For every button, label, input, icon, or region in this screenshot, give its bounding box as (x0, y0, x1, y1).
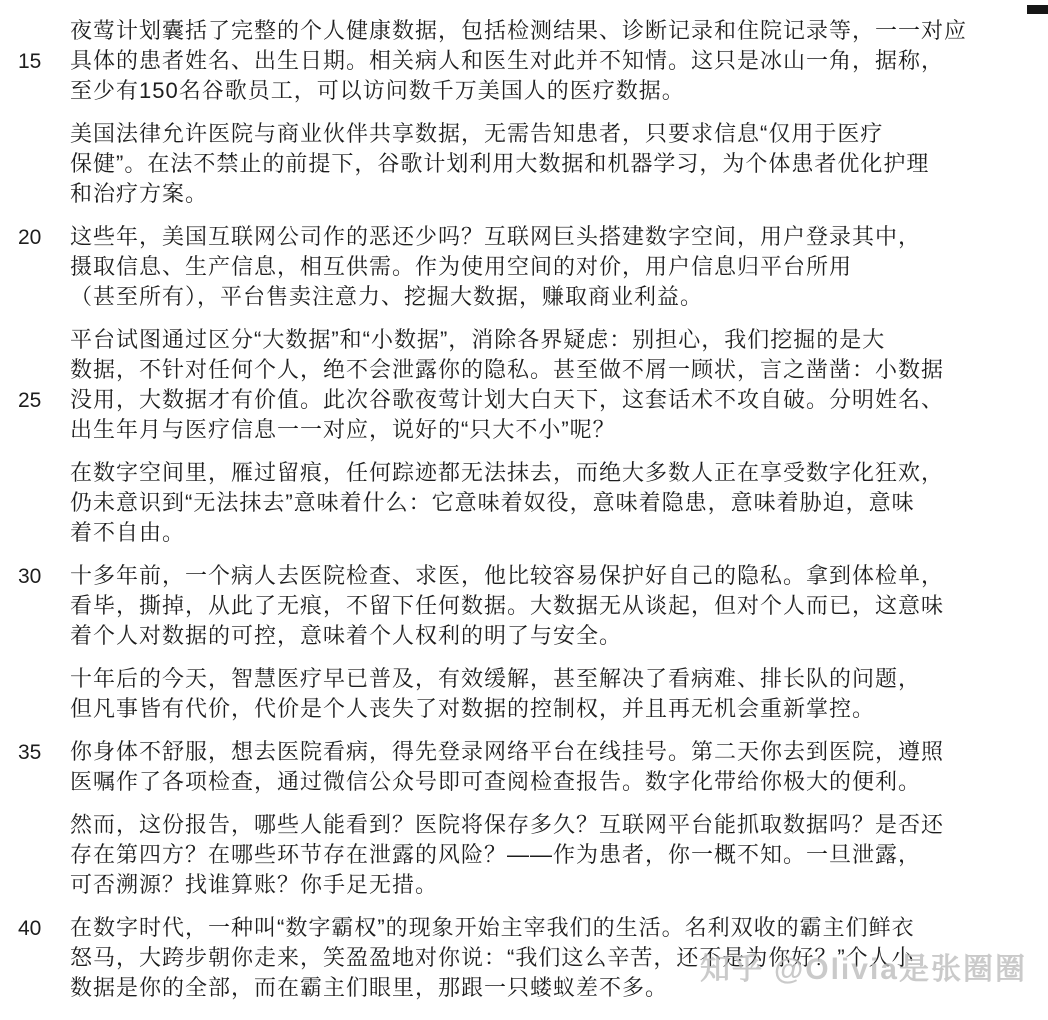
line-text: 没用，大数据才有价值。此次谷歌夜莺计划大白天下，这套话术不攻自破。分明姓名、 (70, 385, 944, 415)
text-line: 出生年月与医疗信息一一对应，说好的“只大不小”呢？ (0, 415, 1048, 445)
line-number: 30 (0, 562, 70, 592)
line-text: 存在第四方？在哪些环节存在泄露的风险？——作为患者，你一概不知。一旦泄露， (70, 840, 921, 870)
line-number: 40 (0, 914, 70, 944)
line-text: 可否溯源？找谁算账？你手足无措。 (70, 870, 438, 900)
line-number: 20 (0, 223, 70, 253)
line-text: 在数字空间里，雁过留痕，任何踪迹都无法抹去，而绝大多数人正在享受数字化狂欢， (70, 458, 944, 488)
line-number: 35 (0, 738, 70, 768)
page-corner-artifact (1027, 5, 1048, 14)
paragraph: 20这些年，美国互联网公司作的恶还少吗？互联网巨头搭建数字空间，用户登录其中，摄… (0, 222, 1048, 312)
line-text: 数据是你的全部，而在霸主们眼里，那跟一只蝼蚁差不多。 (70, 973, 668, 1003)
paragraph: 35你身体不舒服，想去医院看病，得先登录网络平台在线挂号。第二天你去到医院，遵照… (0, 737, 1048, 797)
text-line: 至少有150名谷歌员工，可以访问数千万美国人的医疗数据。 (0, 76, 1048, 106)
line-text: 怒马，大跨步朝你走来，笑盈盈地对你说：“我们这么辛苦，还不是为你好？”个人小 (70, 943, 915, 973)
line-text: 十多年前，一个病人去医院检查、求医，他比较容易保护好自己的隐私。拿到体检单， (70, 561, 944, 591)
text-line: 可否溯源？找谁算账？你手足无措。 (0, 870, 1048, 900)
text-line: 25没用，大数据才有价值。此次谷歌夜莺计划大白天下，这套话术不攻自破。分明姓名、 (0, 385, 1048, 415)
line-text: 摄取信息、生产信息，相互供需。作为使用空间的对价，用户信息归平台所用 (70, 252, 852, 282)
text-line: 仍未意识到“无法抹去”意味着什么：它意味着奴役，意味着隐患，意味着胁迫，意味 (0, 488, 1048, 518)
line-text: 至少有150名谷歌员工，可以访问数千万美国人的医疗数据。 (70, 76, 685, 106)
document-body: 夜莺计划囊括了完整的个人健康数据，包括检测结果、诊断记录和住院记录等，一一对应1… (0, 16, 1048, 1016)
text-line: 十年后的今天，智慧医疗早已普及，有效缓解，甚至解决了看病难、排长队的问题， (0, 664, 1048, 694)
paragraph: 夜莺计划囊括了完整的个人健康数据，包括检测结果、诊断记录和住院记录等，一一对应1… (0, 16, 1048, 106)
text-line: 看毕，撕掉，从此了无痕，不留下任何数据。大数据无从谈起，但对个人而已，这意味 (0, 591, 1048, 621)
line-text: 出生年月与医疗信息一一对应，说好的“只大不小”呢？ (70, 415, 616, 445)
text-line: 着不自由。 (0, 518, 1048, 548)
line-text: （甚至所有），平台售卖注意力、挖掘大数据，赚取商业利益。 (70, 282, 703, 312)
paragraph: 在数字空间里，雁过留痕，任何踪迹都无法抹去，而绝大多数人正在享受数字化狂欢，仍未… (0, 458, 1048, 548)
text-line: 美国法律允许医院与商业伙伴共享数据，无需告知患者，只要求信息“仅用于医疗 (0, 119, 1048, 149)
line-text: 着不自由。 (70, 518, 185, 548)
paragraph: 40在数字时代，一种叫“数字霸权”的现象开始主宰我们的生活。名利双收的霸主们鲜衣… (0, 913, 1048, 1003)
text-line: 但凡事皆有代价，代价是个人丧失了对数据的控制权，并且再无机会重新掌控。 (0, 694, 1048, 724)
text-line: 着个人对数据的可控，意味着个人权利的明了与安全。 (0, 621, 1048, 651)
document-page: 夜莺计划囊括了完整的个人健康数据，包括检测结果、诊断记录和住院记录等，一一对应1… (0, 0, 1048, 1020)
line-text: 这些年，美国互联网公司作的恶还少吗？互联网巨头搭建数字空间，用户登录其中， (70, 222, 921, 252)
text-line: 在数字空间里，雁过留痕，任何踪迹都无法抹去，而绝大多数人正在享受数字化狂欢， (0, 458, 1048, 488)
line-text: 着个人对数据的可控，意味着个人权利的明了与安全。 (70, 621, 622, 651)
line-text: 然而，这份报告，哪些人能看到？医院将保存多久？互联网平台能抓取数据吗？是否还 (70, 810, 944, 840)
text-line: （甚至所有），平台售卖注意力、挖掘大数据，赚取商业利益。 (0, 282, 1048, 312)
text-line: 数据是你的全部，而在霸主们眼里，那跟一只蝼蚁差不多。 (0, 973, 1048, 1003)
paragraph: 十年后的今天，智慧医疗早已普及，有效缓解，甚至解决了看病难、排长队的问题，但凡事… (0, 664, 1048, 724)
line-text: 数据，不针对任何个人，绝不会泄露你的隐私。甚至做不屑一顾状，言之凿凿：小数据 (70, 355, 944, 385)
text-line: 然而，这份报告，哪些人能看到？医院将保存多久？互联网平台能抓取数据吗？是否还 (0, 810, 1048, 840)
text-line: 怒马，大跨步朝你走来，笑盈盈地对你说：“我们这么辛苦，还不是为你好？”个人小 (0, 943, 1048, 973)
paragraph: 30十多年前，一个病人去医院检查、求医，他比较容易保护好自己的隐私。拿到体检单，… (0, 561, 1048, 651)
line-text: 平台试图通过区分“大数据”和“小数据”，消除各界疑虑：别担心，我们挖掘的是大 (70, 325, 885, 355)
line-number: 25 (0, 386, 70, 416)
line-text: 十年后的今天，智慧医疗早已普及，有效缓解，甚至解决了看病难、排长队的问题， (70, 664, 921, 694)
line-text: 美国法律允许医院与商业伙伴共享数据，无需告知患者，只要求信息“仅用于医疗 (70, 119, 883, 149)
text-line: 夜莺计划囊括了完整的个人健康数据，包括检测结果、诊断记录和住院记录等，一一对应 (0, 16, 1048, 46)
line-text: 保健”。在法不禁止的前提下，谷歌计划利用大数据和机器学习，为个体患者优化护理 (70, 149, 929, 179)
text-line: 平台试图通过区分“大数据”和“小数据”，消除各界疑虑：别担心，我们挖掘的是大 (0, 325, 1048, 355)
line-text: 医嘱作了各项检查，通过微信公众号即可查阅检查报告。数字化带给你极大的便利。 (70, 767, 921, 797)
text-line: 15具体的患者姓名、出生日期。相关病人和医生对此并不知情。这只是冰山一角，据称， (0, 46, 1048, 76)
line-text: 夜莺计划囊括了完整的个人健康数据，包括检测结果、诊断记录和住院记录等，一一对应 (70, 16, 967, 46)
text-line: 和治疗方案。 (0, 179, 1048, 209)
line-text: 看毕，撕掉，从此了无痕，不留下任何数据。大数据无从谈起，但对个人而已，这意味 (70, 591, 944, 621)
line-text: 在数字时代，一种叫“数字霸权”的现象开始主宰我们的生活。名利双收的霸主们鲜衣 (70, 913, 915, 943)
paragraph: 平台试图通过区分“大数据”和“小数据”，消除各界疑虑：别担心，我们挖掘的是大数据… (0, 325, 1048, 445)
text-line: 20这些年，美国互联网公司作的恶还少吗？互联网巨头搭建数字空间，用户登录其中， (0, 222, 1048, 252)
paragraph: 然而，这份报告，哪些人能看到？医院将保存多久？互联网平台能抓取数据吗？是否还存在… (0, 810, 1048, 900)
text-line: 40在数字时代，一种叫“数字霸权”的现象开始主宰我们的生活。名利双收的霸主们鲜衣 (0, 913, 1048, 943)
text-line: 摄取信息、生产信息，相互供需。作为使用空间的对价，用户信息归平台所用 (0, 252, 1048, 282)
line-text: 具体的患者姓名、出生日期。相关病人和医生对此并不知情。这只是冰山一角，据称， (70, 46, 944, 76)
text-line: 保健”。在法不禁止的前提下，谷歌计划利用大数据和机器学习，为个体患者优化护理 (0, 149, 1048, 179)
text-line: 存在第四方？在哪些环节存在泄露的风险？——作为患者，你一概不知。一旦泄露， (0, 840, 1048, 870)
text-line: 数据，不针对任何个人，绝不会泄露你的隐私。甚至做不屑一顾状，言之凿凿：小数据 (0, 355, 1048, 385)
text-line: 医嘱作了各项检查，通过微信公众号即可查阅检查报告。数字化带给你极大的便利。 (0, 767, 1048, 797)
text-line: 35你身体不舒服，想去医院看病，得先登录网络平台在线挂号。第二天你去到医院，遵照 (0, 737, 1048, 767)
line-text: 你身体不舒服，想去医院看病，得先登录网络平台在线挂号。第二天你去到医院，遵照 (70, 737, 944, 767)
line-number: 15 (0, 47, 70, 77)
text-line: 30十多年前，一个病人去医院检查、求医，他比较容易保护好自己的隐私。拿到体检单， (0, 561, 1048, 591)
line-text: 和治疗方案。 (70, 179, 208, 209)
line-text: 仍未意识到“无法抹去”意味着什么：它意味着奴役，意味着隐患，意味着胁迫，意味 (70, 488, 915, 518)
line-text: 但凡事皆有代价，代价是个人丧失了对数据的控制权，并且再无机会重新掌控。 (70, 694, 875, 724)
paragraph: 美国法律允许医院与商业伙伴共享数据，无需告知患者，只要求信息“仅用于医疗保健”。… (0, 119, 1048, 209)
